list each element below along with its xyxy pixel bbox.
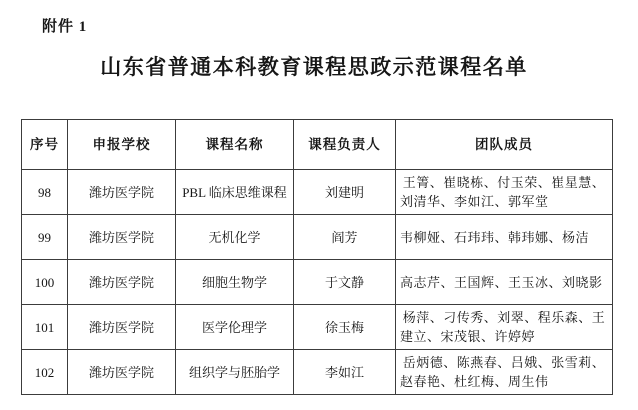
- table-row: 100 潍坊医学院 细胞生物学 于文静 高志芹、王国辉、王玉冰、刘晓影: [22, 260, 613, 305]
- cell-team: 岳炳德、陈燕春、吕娥、张雪莉、赵春艳、杜红梅、周生伟: [396, 350, 613, 395]
- cell-no: 101: [22, 305, 68, 350]
- cell-leader: 于文静: [294, 260, 396, 305]
- column-header-school: 申报学校: [68, 120, 176, 170]
- cell-school: 潍坊医学院: [68, 260, 176, 305]
- document-page: { "page": { "attachment_label": "附件 1", …: [0, 0, 638, 410]
- cell-school: 潍坊医学院: [68, 350, 176, 395]
- column-header-no: 序号: [22, 120, 68, 170]
- cell-leader: 徐玉梅: [294, 305, 396, 350]
- course-table: 序号 申报学校 课程名称 课程负责人 团队成员 98 潍坊医学院 PBL 临床思…: [21, 119, 613, 395]
- cell-team: 韦柳娅、石玮玮、韩玮娜、杨洁: [396, 215, 613, 260]
- cell-course: 无机化学: [176, 215, 294, 260]
- cell-leader: 刘建明: [294, 170, 396, 215]
- cell-no: 99: [22, 215, 68, 260]
- column-header-team: 团队成员: [396, 120, 613, 170]
- attachment-label: 附件 1: [42, 15, 87, 36]
- cell-no: 98: [22, 170, 68, 215]
- cell-no: 102: [22, 350, 68, 395]
- page-title: 山东省普通本科教育课程思政示范课程名单: [0, 51, 628, 81]
- cell-course: PBL 临床思维课程: [176, 170, 294, 215]
- cell-course: 医学伦理学: [176, 305, 294, 350]
- cell-leader: 阎芳: [294, 215, 396, 260]
- cell-course: 细胞生物学: [176, 260, 294, 305]
- cell-school: 潍坊医学院: [68, 305, 176, 350]
- column-header-course: 课程名称: [176, 120, 294, 170]
- table-row: 99 潍坊医学院 无机化学 阎芳 韦柳娅、石玮玮、韩玮娜、杨洁: [22, 215, 613, 260]
- cell-school: 潍坊医学院: [68, 215, 176, 260]
- cell-course: 组织学与胚胎学: [176, 350, 294, 395]
- cell-leader: 李如江: [294, 350, 396, 395]
- column-header-leader: 课程负责人: [294, 120, 396, 170]
- table-header-row: 序号 申报学校 课程名称 课程负责人 团队成员: [22, 120, 613, 170]
- cell-school: 潍坊医学院: [68, 170, 176, 215]
- cell-no: 100: [22, 260, 68, 305]
- table-row: 101 潍坊医学院 医学伦理学 徐玉梅 杨萍、刁传秀、刘翠、程乐森、王建立、宋茂…: [22, 305, 613, 350]
- cell-team: 高志芹、王国辉、王玉冰、刘晓影: [396, 260, 613, 305]
- cell-team: 杨萍、刁传秀、刘翠、程乐森、王建立、宋茂银、许婷婷: [396, 305, 613, 350]
- cell-team: 王箐、崔晓栋、付玉荣、崔星慧、刘清华、李如江、郭军堂: [396, 170, 613, 215]
- table-row: 98 潍坊医学院 PBL 临床思维课程 刘建明 王箐、崔晓栋、付玉荣、崔星慧、刘…: [22, 170, 613, 215]
- table-row: 102 潍坊医学院 组织学与胚胎学 李如江 岳炳德、陈燕春、吕娥、张雪莉、赵春艳…: [22, 350, 613, 395]
